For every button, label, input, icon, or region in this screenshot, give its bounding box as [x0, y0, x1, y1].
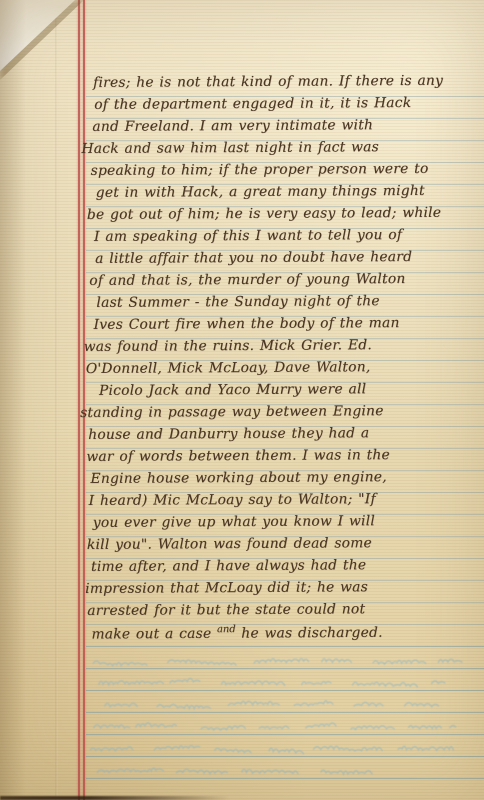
handwriting-line: I heard) Mic McLoay say to Walton; "If	[89, 491, 376, 509]
bleed-through-stroke	[97, 768, 372, 774]
handwriting-line: standing in passage way between Engine	[80, 403, 384, 421]
bleed-through-stroke	[94, 723, 456, 730]
handwriting-line: of and that is, the murder of young Walt…	[89, 271, 405, 289]
handwriting-line: impression that McLoay did it; he was	[85, 579, 368, 597]
handwriting-line: war of words between them. I was in the	[86, 447, 390, 465]
handwriting-line: and Freeland. I am very intimate with	[92, 117, 373, 135]
handwriting-line: last Summer - the Sunday night of the	[96, 293, 379, 311]
handwriting-line: Picolo Jack and Yaco Murry were all	[99, 381, 366, 399]
bleed-through-stroke	[99, 678, 445, 686]
paper-crease	[55, 0, 58, 800]
handwriting-line: kill you". Walton was found dead some	[87, 535, 372, 553]
folded-corner	[0, 0, 75, 71]
handwriting-line: Engine house working about my engine,	[90, 469, 386, 487]
handwriting-line: you ever give up what you know I will	[93, 513, 375, 531]
ruled-lines-bottom	[86, 625, 484, 795]
handwriting-line: speaking to him; if the proper person we…	[91, 161, 429, 179]
letter-page: fires; he is not that kind of man. If th…	[0, 0, 484, 800]
left-edge-shade	[0, 0, 26, 800]
scan-edge-shadow	[0, 796, 230, 800]
bleed-through-stroke	[90, 746, 453, 754]
handwriting-line: O'Donnell, Mick McLoay, Dave Walton,	[86, 359, 371, 377]
aging-vignette	[0, 0, 484, 800]
paper-texture	[0, 0, 484, 800]
handwriting-line: was found in the ruins. Mick Grier. Ed.	[84, 337, 372, 355]
handwriting-line: I am speaking of this I want to tell you…	[94, 227, 402, 245]
handwriting-line: time after, and I have always had the	[91, 557, 366, 575]
ruled-lines	[86, 75, 484, 625]
handwriting-line: arrested for it but the state could not	[87, 601, 365, 619]
handwriting-line: a little affair that you no doubt have h…	[95, 249, 412, 267]
handwriting-line: of the department engaged in it, it is H…	[94, 95, 411, 113]
handwriting-line: get in with Hack, a great many things mi…	[96, 183, 425, 201]
handwriting-line: make out a case and he was discharged.	[91, 623, 382, 642]
fold-shadow	[0, 0, 84, 80]
bleed-through-handwriting	[80, 650, 475, 795]
handwriting-line: be got out of him; he is very easy to le…	[87, 205, 441, 223]
bleed-through-stroke	[93, 659, 462, 666]
handwritten-text: fires; he is not that kind of man. If th…	[0, 0, 484, 800]
handwriting-line: house and Danburry house they had a	[88, 425, 369, 443]
handwriting-line: Ives Court fire when the body of the man	[93, 315, 399, 333]
bleed-through-stroke	[105, 701, 439, 709]
handwriting-line: fires; he is not that kind of man. If th…	[93, 73, 443, 91]
handwriting-line: Hack and saw him last night in fact was	[81, 139, 379, 157]
red-margin-line	[77, 0, 87, 800]
superscript-insertion: and	[217, 624, 236, 635]
